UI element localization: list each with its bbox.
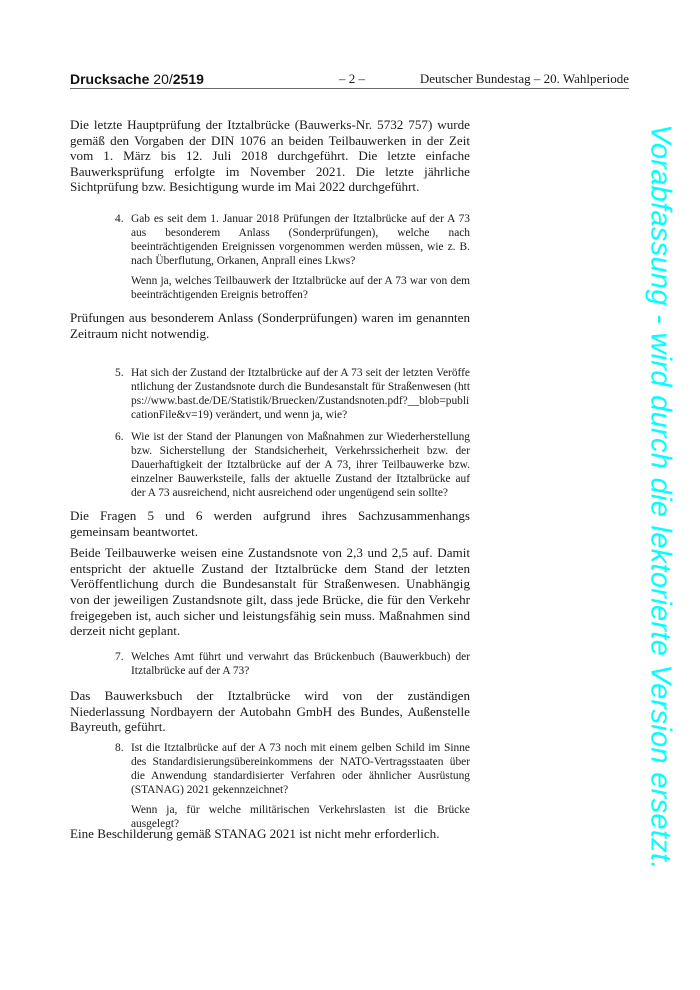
- question-text: Wie ist der Stand der Planungen von Maßn…: [131, 430, 470, 500]
- answer-8-text: Eine Beschilderung gemäß STANAG 2021 ist…: [70, 826, 470, 842]
- question-text: Ist die Itztalbrücke auf der A 73 noch m…: [131, 741, 470, 797]
- answer-7: Das Bauwerksbuch der Itztalbrücke wird v…: [70, 688, 470, 735]
- question-text: Welches Amt führt und verwahrt das Brück…: [131, 650, 470, 678]
- question-number: 5.: [115, 366, 131, 422]
- answer-5-6-text: Beide Teilbauwerke weisen eine Zustandsn…: [70, 545, 470, 639]
- answer-3: Die letzte Hauptprüfung der Itztalbrücke…: [70, 117, 470, 195]
- page-number: – 2 –: [339, 71, 365, 87]
- question-5: 5. Hat sich der Zustand der Itztalbrücke…: [115, 366, 470, 422]
- question-number: 4.: [115, 212, 131, 303]
- question-number: 6.: [115, 430, 131, 500]
- question-7: 7. Welches Amt führt und verwahrt das Br…: [115, 650, 470, 678]
- answer-5-6: Die Fragen 5 und 6 werden aufgrund ihres…: [70, 508, 470, 639]
- answer-5-6-intro: Die Fragen 5 und 6 werden aufgrund ihres…: [70, 508, 470, 539]
- document-number: Drucksache 20/2519: [70, 71, 204, 87]
- question-8: 8. Ist die Itztalbrücke auf der A 73 noc…: [115, 741, 470, 832]
- answer-3-text: Die letzte Hauptprüfung der Itztalbrücke…: [70, 117, 470, 195]
- draft-watermark: Vorabfassung - wird durch die lektoriert…: [644, 124, 677, 869]
- answer-4-text: Prüfungen aus besonderem Anlass (Sonderp…: [70, 310, 470, 341]
- question-number: 8.: [115, 741, 131, 832]
- question-text: Hat sich der Zustand der Itztalbrücke au…: [131, 366, 470, 422]
- parliament-label: Deutscher Bundestag – 20. Wahlperiode: [420, 71, 629, 87]
- question-4: 4. Gab es seit dem 1. Januar 2018 Prüfun…: [115, 212, 470, 303]
- document-label: Drucksache: [70, 71, 153, 87]
- answer-8: Eine Beschilderung gemäß STANAG 2021 ist…: [70, 826, 470, 842]
- question-number: 7.: [115, 650, 131, 678]
- print-number: 2519: [173, 71, 204, 87]
- answer-7-text: Das Bauwerksbuch der Itztalbrücke wird v…: [70, 688, 470, 735]
- answer-4: Prüfungen aus besonderem Anlass (Sonderp…: [70, 310, 470, 341]
- question-followup: Wenn ja, welches Teilbauwerk der Itztalb…: [131, 274, 470, 302]
- legislative-period: 20/: [153, 71, 172, 87]
- question-6: 6. Wie ist der Stand der Planungen von M…: [115, 430, 470, 500]
- page-header: Drucksache 20/2519 – 2 – Deutscher Bunde…: [70, 70, 629, 89]
- question-text: Gab es seit dem 1. Januar 2018 Prüfungen…: [131, 212, 470, 268]
